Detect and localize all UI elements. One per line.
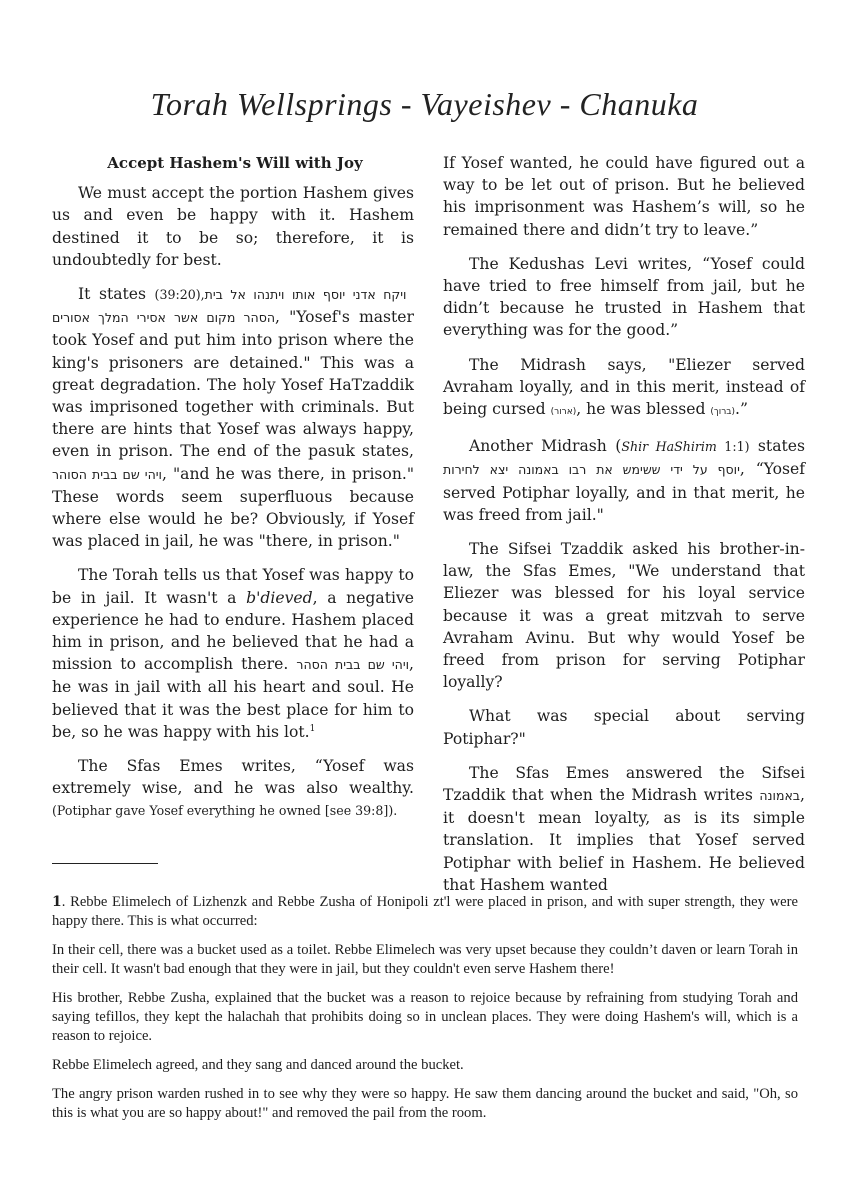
page-title: Torah Wellsprings - Vayeishev - Chanuka [0, 86, 849, 123]
paragraph: If Yosef wanted, he could have figured o… [443, 152, 805, 241]
italic-term: b'dieved [246, 589, 313, 607]
footnote: 1. Rebbe Elimelech of Lizhenzk and Rebbe… [52, 893, 798, 931]
text: It states [78, 285, 155, 303]
hebrew-word: (ברוך) [710, 407, 735, 417]
hebrew-word: (ארור) [551, 407, 577, 417]
paragraph: The Torah tells us that Yosef was happy … [52, 564, 414, 743]
hebrew-quote: יוסף על ידי ששימש את רבו באמונה יצא לחיר… [443, 462, 740, 477]
source-reference: 1:1) [717, 439, 750, 454]
paragraph: It states (39:20), ויקח אדני יוסף אותו ו… [52, 283, 414, 552]
footnote-paragraph: His brother, Rebbe Zusha, explained that… [52, 989, 798, 1046]
section-heading: Accept Hashem's Will with Joy [52, 152, 414, 174]
text: .” [735, 400, 748, 418]
footnote-number: 1 [52, 894, 62, 910]
paragraph: The Sfas Emes answered the Sifsei Tzaddi… [443, 762, 805, 896]
footnote-marker[interactable]: 1 [310, 724, 316, 734]
left-column: Accept Hashem's Will with Joy We must ac… [52, 152, 414, 835]
footnote-text: . Rebbe Elimelech of Lizhenzk and Rebbe … [52, 894, 798, 929]
footnotes: 1. Rebbe Elimelech of Lizhenzk and Rebbe… [52, 893, 798, 1133]
text: Another Midrash ( [469, 437, 621, 455]
parenthetical-note: (Potiphar gave Yosef everything he owned… [52, 803, 397, 818]
text: , he was blessed [576, 400, 710, 418]
footnote-paragraph: The angry prison warden rushed in to see… [52, 1085, 798, 1123]
hebrew-word: באמונה [759, 788, 800, 803]
source-title: Shir HaShirim [621, 439, 717, 454]
text: The Sfas Emes answered the Sifsei Tzaddi… [443, 764, 805, 804]
paragraph: The Midrash says, "Eliezer served Avraha… [443, 354, 805, 424]
text: The Sfas Emes writes, “Yosef was extreme… [52, 757, 414, 797]
hebrew-quote: ויהי שם בבית הסהר [296, 657, 409, 672]
verse-reference: (39:20), [155, 287, 205, 302]
footnote-paragraph: In their cell, there was a bucket used a… [52, 941, 798, 979]
text: , "Yosef's master took Yosef and put him… [52, 308, 414, 460]
paragraph: Another Midrash (Shir HaShirim 1:1) stat… [443, 435, 805, 526]
footnote-divider [52, 863, 158, 864]
hebrew-quote: ויהי שם בבית הסוהר [52, 467, 162, 482]
paragraph: What was special about serving Potiphar?… [443, 705, 805, 749]
paragraph: The Sfas Emes writes, “Yosef was extreme… [52, 755, 414, 823]
paragraph: The Sifsei Tzaddik asked his brother-in-… [443, 538, 805, 693]
paragraph: The Kedushas Levi writes, “Yosef could h… [443, 253, 805, 342]
right-column: If Yosef wanted, he could have figured o… [443, 152, 805, 908]
footnote-paragraph: Rebbe Elimelech agreed, and they sang an… [52, 1056, 798, 1075]
text: states [750, 437, 805, 455]
paragraph: We must accept the portion Hashem gives … [52, 182, 414, 271]
